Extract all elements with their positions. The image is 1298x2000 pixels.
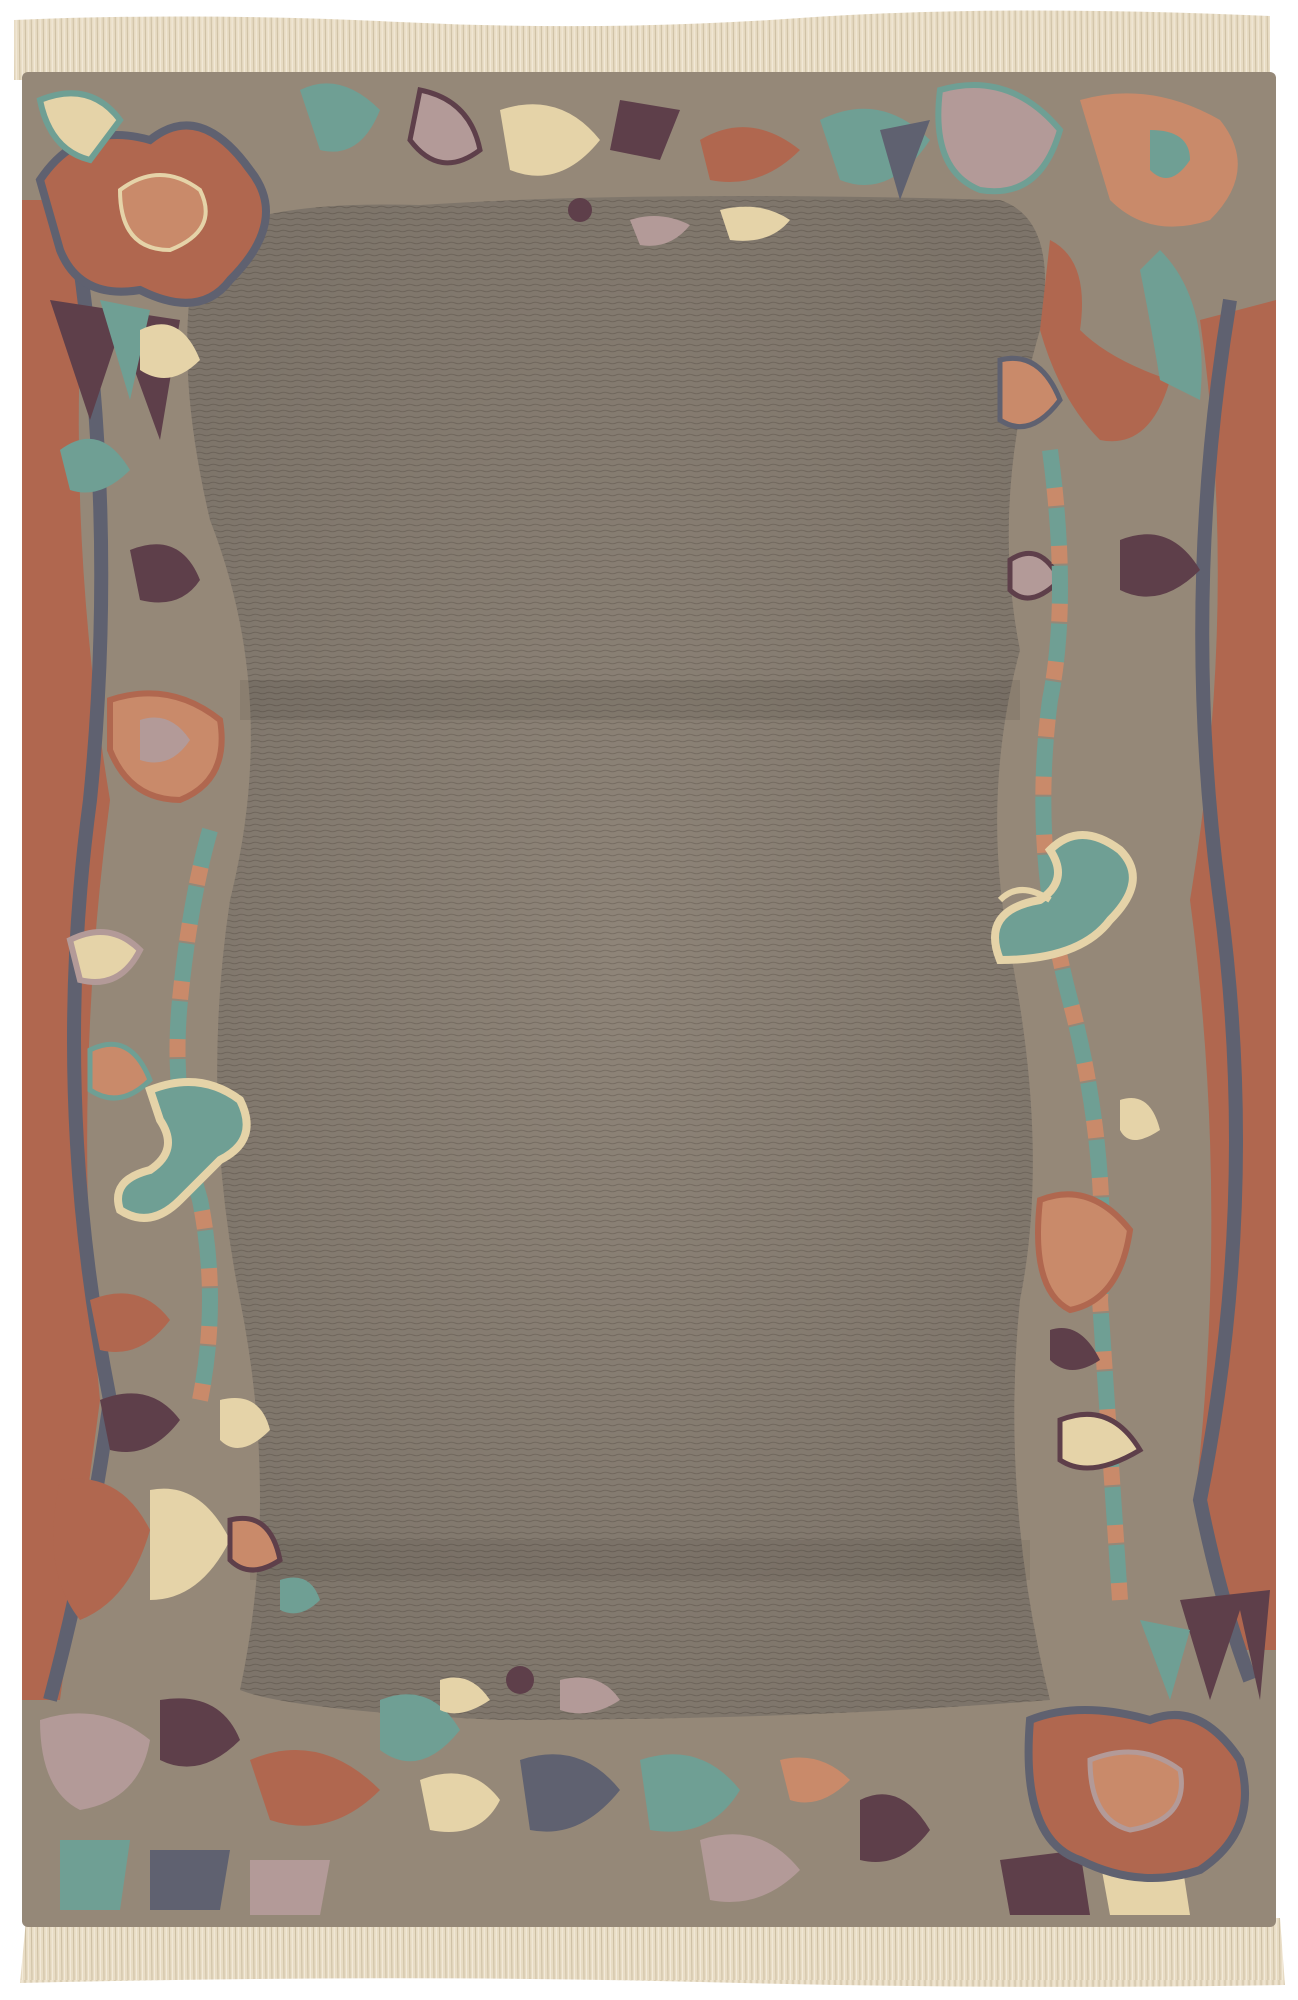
top-fringe [14,10,1270,80]
bottom-fringe [20,1918,1285,1987]
rug-field [187,196,1050,1720]
rug-photo [0,0,1298,2000]
